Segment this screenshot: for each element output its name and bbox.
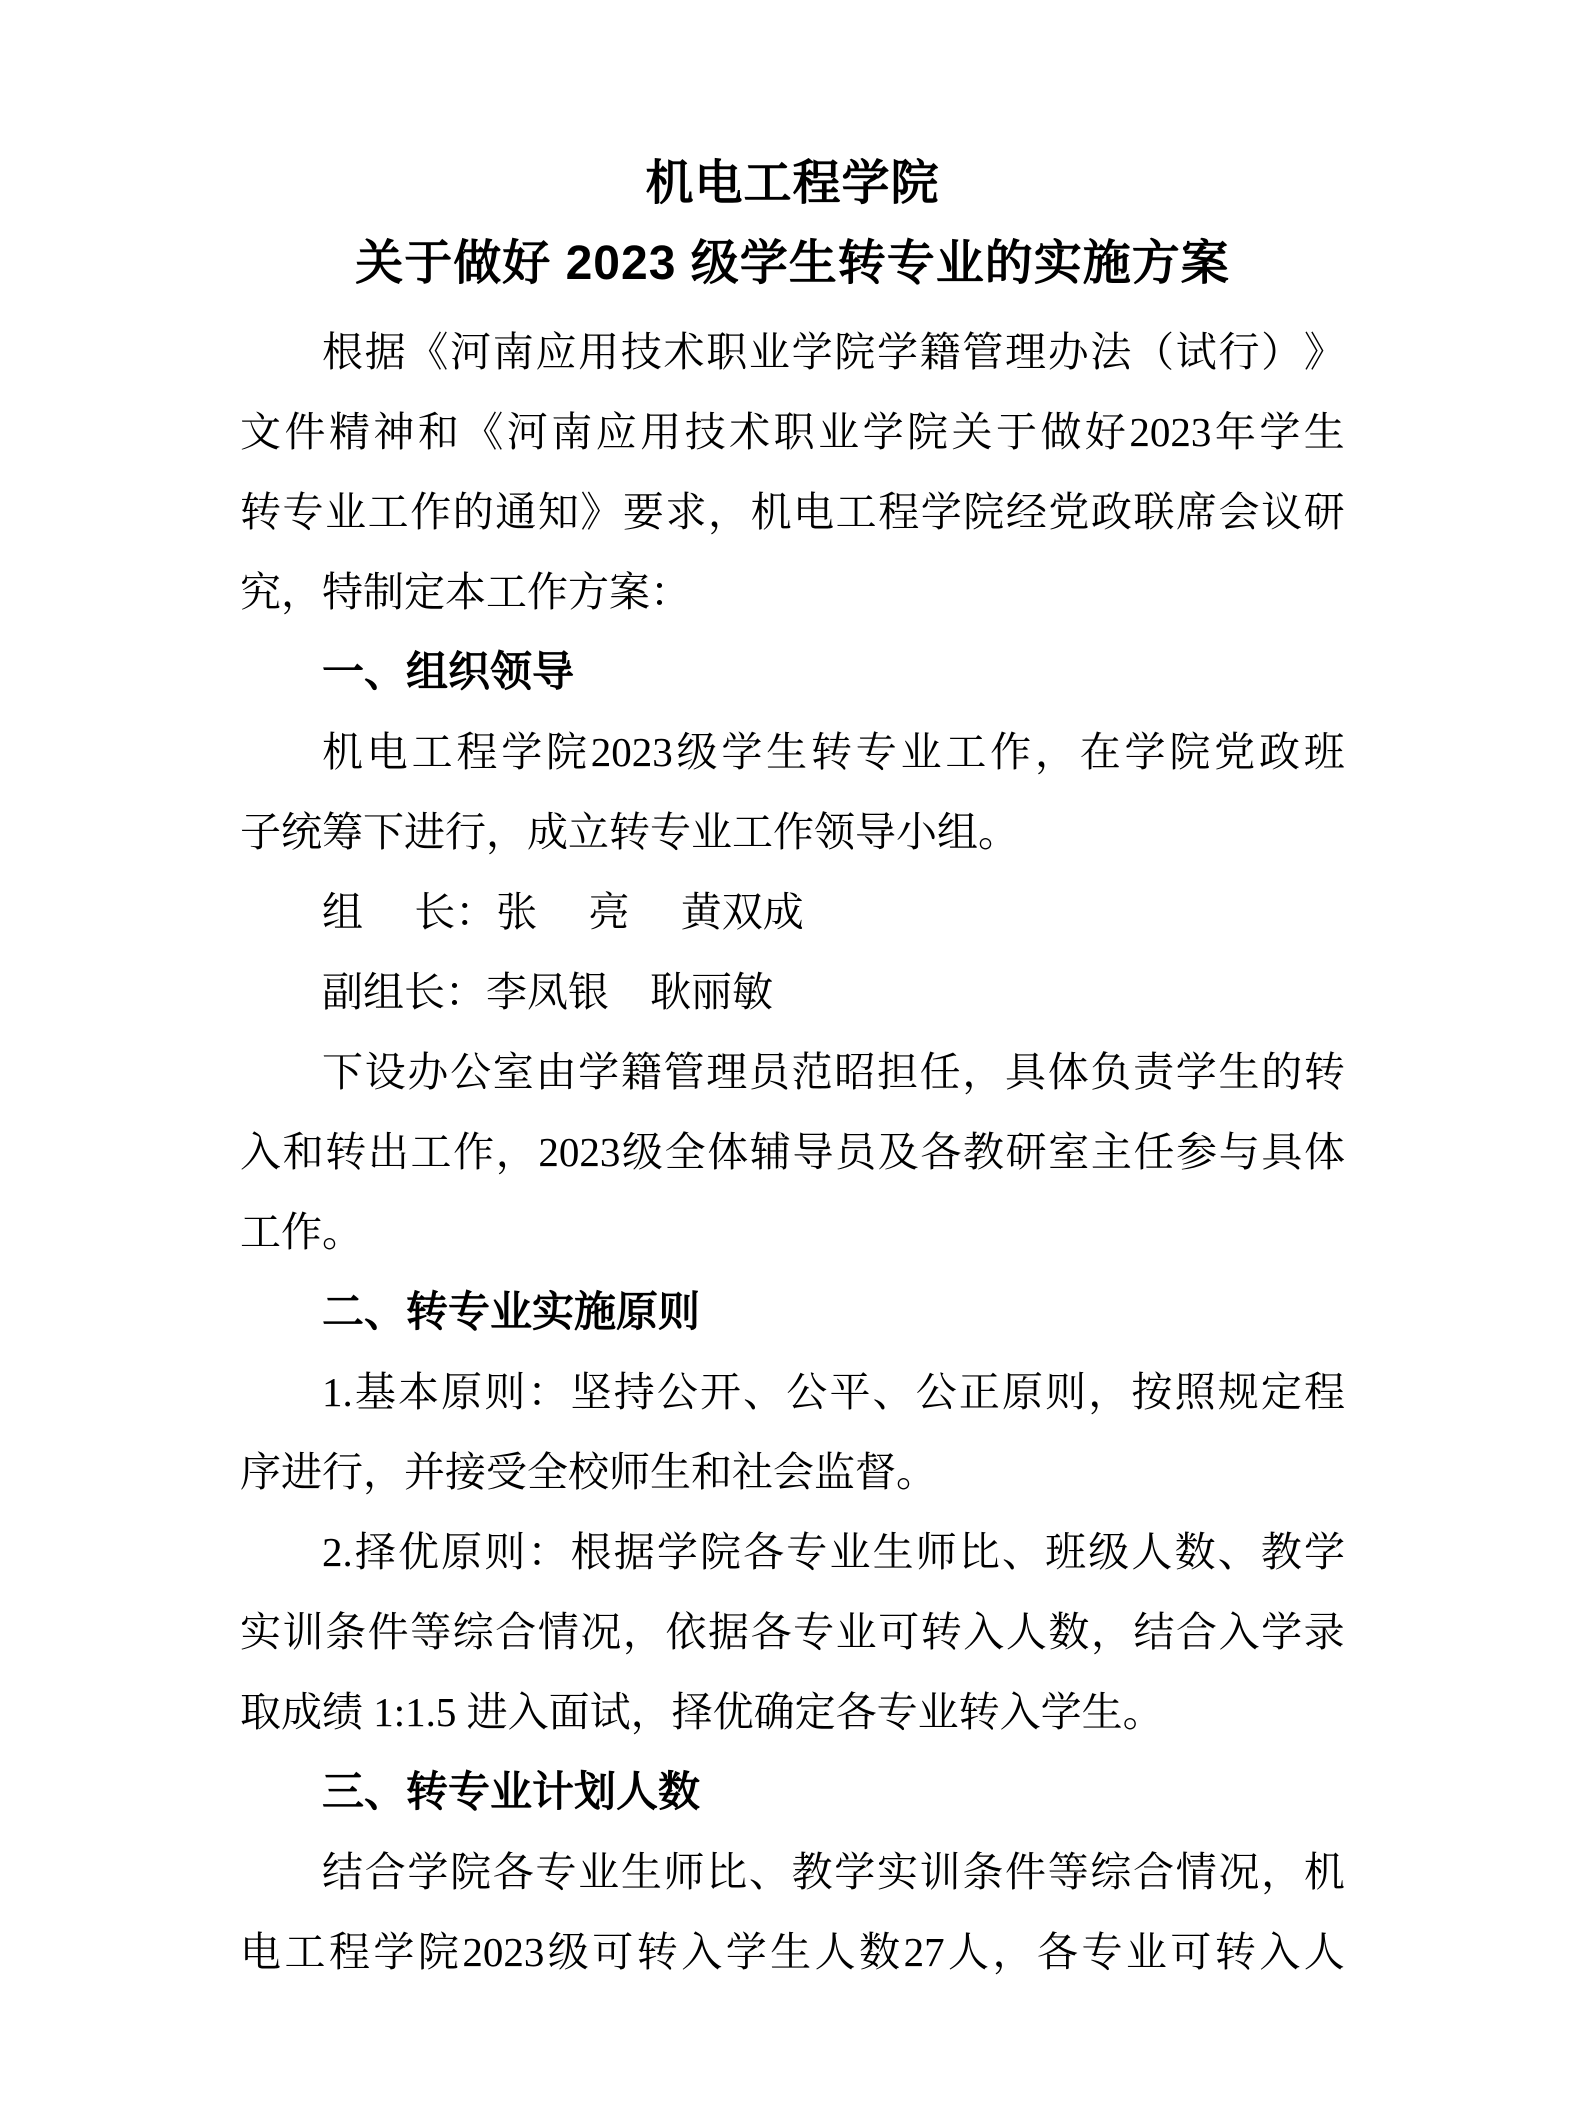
text-token: 学 xyxy=(1125,712,1166,792)
text-token: 席 xyxy=(1176,472,1217,552)
text-token: 主 xyxy=(1091,1112,1132,1192)
text-token: 会 xyxy=(1219,472,1260,552)
text-token: 比 xyxy=(706,1832,747,1912)
text-token: 工 xyxy=(412,712,453,792)
text-token: 各 xyxy=(493,1832,534,1912)
text-token: 27 xyxy=(904,1912,945,1992)
text-token: 入 xyxy=(240,1112,281,1192)
text-token: 通 xyxy=(495,472,536,552)
text-token: 情 xyxy=(538,1592,579,1672)
text-token: 况 xyxy=(580,1592,621,1672)
text-token: 2023 xyxy=(462,1912,544,1992)
text-token: 转 xyxy=(325,1112,366,1192)
paragraph-line: 机电工程学院2023级学生转专业工作，在学院党政班 xyxy=(240,712,1345,792)
text-token: 和 xyxy=(283,1112,324,1192)
text-token: 各 xyxy=(743,1512,784,1592)
text-token: 人 xyxy=(815,1912,856,1992)
document-title: 机电工程学院 xyxy=(240,144,1345,224)
text-token: 业 xyxy=(578,1832,619,1912)
text-token: 学 xyxy=(726,1912,767,1992)
text-token: 技 xyxy=(621,312,662,392)
text-token: 年 xyxy=(1215,392,1256,472)
text-token: 学 xyxy=(657,1512,698,1592)
text-token: ） xyxy=(1261,312,1302,392)
text-token: 具 xyxy=(1261,1112,1302,1192)
text-token: 知 xyxy=(538,472,579,552)
text-token: 神 xyxy=(373,392,414,472)
text-token: 专 xyxy=(535,1832,576,1912)
text-token: 理 xyxy=(706,1032,747,1112)
paragraph-line: 下设办公室由学籍管理员范昭担任，具体负责学生的转 xyxy=(240,1032,1345,1112)
text-token: 室 xyxy=(1048,1112,1089,1192)
text-token: 术 xyxy=(664,312,705,392)
text-token: 合 xyxy=(365,1832,406,1912)
text-token: 做 xyxy=(1040,392,1081,472)
text-token: 机 xyxy=(322,712,363,792)
text-token: 和 xyxy=(418,392,459,472)
text-token: 学 xyxy=(792,312,833,392)
text-token: ， xyxy=(1035,712,1076,792)
text-token: 任 xyxy=(1134,1112,1175,1192)
text-token: 转 xyxy=(1215,1912,1256,1992)
text-token: 作 xyxy=(990,712,1031,792)
text-token: 坚 xyxy=(571,1352,612,1432)
text-token: 用 xyxy=(640,392,681,472)
paragraph-line: 组 长：张 亮 黄双成 xyxy=(240,872,1345,952)
text-token: 原 xyxy=(441,1352,482,1432)
text-token: 班 xyxy=(1304,712,1345,792)
text-token: 术 xyxy=(729,392,770,472)
text-token: 院 xyxy=(1169,712,1210,792)
text-token: 2. xyxy=(322,1512,353,1592)
text-token: 求 xyxy=(665,472,706,552)
paragraph-line: 副组长：李凤银 耿丽敏 xyxy=(240,952,1345,1032)
text-token: 职 xyxy=(706,312,747,392)
text-token: 院 xyxy=(450,1832,491,1912)
paragraph-line: 工作。 xyxy=(240,1192,1345,1272)
text-token: 作 xyxy=(453,1112,494,1192)
text-token: 《 xyxy=(462,392,503,472)
text-token: 业 xyxy=(818,392,859,472)
text-token: 设 xyxy=(365,1032,406,1112)
text-token: 参 xyxy=(1176,1112,1217,1192)
text-token: 管 xyxy=(664,1032,705,1112)
text-token: 电 xyxy=(240,1912,281,1992)
text-token: 入 xyxy=(1219,1592,1260,1672)
text-token: 辅 xyxy=(750,1112,791,1192)
text-token: 学 xyxy=(373,1912,414,1992)
document-page: 机电工程学院 关于做好 2023 级学生转专业的实施方案 根据《河南应用技术职业… xyxy=(0,0,1587,2117)
text-token: 》 xyxy=(580,472,621,552)
text-token: 关 xyxy=(952,392,993,472)
text-token: 应 xyxy=(535,312,576,392)
text-token: ， xyxy=(496,1112,537,1192)
text-token: 研 xyxy=(1304,472,1345,552)
text-token: 结 xyxy=(322,1832,363,1912)
text-token: 结 xyxy=(1133,1592,1174,1672)
text-token: 基 xyxy=(355,1352,396,1432)
text-token: 党 xyxy=(1214,712,1255,792)
text-token: 、 xyxy=(1002,1512,1043,1592)
section-heading: 一、组织领导 xyxy=(240,632,1345,712)
text-token: 则 xyxy=(484,1512,525,1592)
text-token: 综 xyxy=(453,1592,494,1672)
text-token: 依 xyxy=(665,1592,706,1672)
text-token: 级 xyxy=(1088,1512,1129,1592)
text-token: 等 xyxy=(410,1592,451,1672)
text-token: 室 xyxy=(493,1032,534,1112)
text-token: 生 xyxy=(873,1512,914,1592)
paragraph-line: 根据《河南应用技术职业学院学籍管理办法（试行）》 xyxy=(240,312,1345,392)
text-token: 平 xyxy=(829,1352,870,1432)
text-token: 文 xyxy=(240,392,281,472)
text-token: 河 xyxy=(507,392,548,472)
paragraph-line: 序进行，并接受全校师生和社会监督。 xyxy=(240,1432,1345,1512)
text-token: 人 xyxy=(948,1912,989,1992)
text-token: 可 xyxy=(592,1912,633,1992)
text-token: 院 xyxy=(834,312,875,392)
text-token: 程 xyxy=(878,472,919,552)
text-token: 2023 xyxy=(1129,392,1211,472)
text-token: 规 xyxy=(1218,1352,1259,1432)
text-token: 条 xyxy=(325,1592,366,1672)
text-token: 可 xyxy=(1170,1912,1211,1992)
text-token: 各 xyxy=(920,1112,961,1192)
text-token: 范 xyxy=(792,1032,833,1112)
text-token: 体 xyxy=(707,1112,748,1192)
text-token: 、 xyxy=(743,1352,784,1432)
text-token: 件 xyxy=(368,1592,409,1672)
text-token: 、 xyxy=(1218,1512,1259,1592)
text-token: 公 xyxy=(450,1032,491,1112)
text-token: 政 xyxy=(1259,712,1300,792)
text-token: 件 xyxy=(284,392,325,472)
text-token: （ xyxy=(1133,312,1174,392)
text-token: 职 xyxy=(774,392,815,472)
text-token: 程 xyxy=(329,1912,370,1992)
text-token: 录 xyxy=(1304,1592,1345,1672)
text-token: 河 xyxy=(450,312,491,392)
text-token: 条 xyxy=(962,1832,1003,1912)
paragraph-line: 电工程学院2023级可转入学生人数27人，各专业可转入人 xyxy=(240,1912,1345,1992)
text-token: 业 xyxy=(836,1592,877,1672)
paragraph-line: 实训条件等综合情况，依据各专业可转入人数，结合入学录 xyxy=(240,1592,1345,1672)
text-token: 数 xyxy=(1175,1512,1216,1592)
text-token: 数 xyxy=(1048,1592,1089,1672)
text-token: 本 xyxy=(398,1352,439,1432)
text-token: 2023 xyxy=(591,712,673,792)
text-token: 转 xyxy=(921,1592,962,1672)
text-token: 根 xyxy=(571,1512,612,1592)
text-token: 教 xyxy=(792,1832,833,1912)
text-token: 生 xyxy=(766,712,807,792)
text-token: 开 xyxy=(700,1352,741,1432)
text-token: 情 xyxy=(1176,1832,1217,1912)
text-token: 生 xyxy=(1218,1032,1259,1112)
text-token: ， xyxy=(708,472,749,552)
text-token: 转 xyxy=(1304,1032,1345,1112)
section-heading: 二、转专业实施原则 xyxy=(240,1272,1345,1352)
text-token: 员 xyxy=(749,1032,790,1112)
text-token: 实 xyxy=(877,1832,918,1912)
text-token: 籍 xyxy=(920,312,961,392)
text-token: 法 xyxy=(1090,312,1131,392)
text-token: 技 xyxy=(685,392,726,472)
text-token: ， xyxy=(623,1592,664,1672)
text-token: 据 xyxy=(614,1512,655,1592)
text-token: 政 xyxy=(1091,472,1132,552)
text-token: 体 xyxy=(1304,1112,1345,1192)
text-token: 班 xyxy=(1045,1512,1086,1592)
text-token: 综 xyxy=(1090,1832,1131,1912)
text-token: 人 xyxy=(1131,1512,1172,1592)
text-token: 等 xyxy=(1048,1832,1089,1912)
text-token: 照 xyxy=(1175,1352,1216,1432)
text-token: 电 xyxy=(367,712,408,792)
paragraph-line: 文件精神和《河南应用技术职业学院关于做好2023年学生 xyxy=(240,392,1345,472)
text-token: 院 xyxy=(963,472,1004,552)
text-token: 教 xyxy=(1261,1512,1302,1592)
text-token: 负 xyxy=(1090,1032,1131,1112)
text-token: 学 xyxy=(1259,392,1300,472)
text-token: 业 xyxy=(829,1512,870,1592)
text-token: 专 xyxy=(1081,1912,1122,1992)
text-token: ： xyxy=(527,1352,568,1432)
text-token: 择 xyxy=(355,1512,396,1592)
text-token: 用 xyxy=(578,312,619,392)
text-token: 师 xyxy=(916,1512,957,1592)
text-token: 下 xyxy=(322,1032,363,1112)
text-token: 议 xyxy=(1261,472,1302,552)
text-token: 级 xyxy=(677,712,718,792)
text-token: 》 xyxy=(1304,312,1345,392)
text-token: 、 xyxy=(873,1352,914,1432)
text-token: 学 xyxy=(834,1832,875,1912)
text-token: 学 xyxy=(1304,1512,1345,1592)
text-token: 办 xyxy=(407,1032,448,1112)
text-token: 据 xyxy=(708,1592,749,1672)
text-token: 程 xyxy=(456,712,497,792)
text-token: 工 xyxy=(284,1912,325,1992)
text-token: 合 xyxy=(1176,1592,1217,1672)
text-token: 的 xyxy=(1261,1032,1302,1112)
text-token: 工 xyxy=(945,712,986,792)
text-token: 合 xyxy=(1133,1832,1174,1912)
text-token: 与 xyxy=(1219,1112,1260,1192)
text-token: 业 xyxy=(325,472,366,552)
text-token: 况 xyxy=(1218,1832,1259,1912)
text-token: 专 xyxy=(786,1512,827,1592)
paragraph-line: 1.基本原则：坚持公开、公平、公正原则，按照规定程 xyxy=(240,1352,1345,1432)
text-token: 行 xyxy=(1218,312,1259,392)
text-token: 合 xyxy=(495,1592,536,1672)
text-token: 学 xyxy=(921,472,962,552)
text-token: 据 xyxy=(365,312,406,392)
text-token: 及 xyxy=(878,1112,919,1192)
text-token: 转 xyxy=(811,712,852,792)
paragraph-line: 入和转出工作，2023级全体辅导员及各教研室主任参与具体 xyxy=(240,1112,1345,1192)
text-token: 工 xyxy=(411,1112,452,1192)
text-token: 学 xyxy=(1261,1592,1302,1672)
text-token: 机 xyxy=(1304,1832,1345,1912)
text-token: 公 xyxy=(916,1352,957,1432)
text-token: 按 xyxy=(1131,1352,1172,1432)
document-subtitle: 关于做好 2023 级学生转专业的实施方案 xyxy=(240,224,1345,304)
text-token: 定 xyxy=(1261,1352,1302,1432)
text-token: 入 xyxy=(681,1912,722,1992)
text-token: 师 xyxy=(664,1832,705,1912)
text-token: 训 xyxy=(920,1832,961,1912)
text-token: 机 xyxy=(751,472,792,552)
text-token: 训 xyxy=(283,1592,324,1672)
text-token: 学 xyxy=(407,1832,448,1912)
paragraph-line: 取成绩 1:1.5 进入面试，择优确定各专业转入学生。 xyxy=(240,1672,1345,1752)
text-token: 好 xyxy=(1085,392,1126,472)
text-token: 级 xyxy=(622,1112,663,1192)
text-token: 教 xyxy=(963,1112,1004,1192)
text-token: ， xyxy=(962,1032,1003,1112)
text-token: 可 xyxy=(878,1592,919,1672)
paragraph-line: 2.择优原则：根据学院各专业生师比、班级人数、教学 xyxy=(240,1512,1345,1592)
text-token: 学 xyxy=(578,1032,619,1112)
text-token: 要 xyxy=(623,472,664,552)
text-token: 党 xyxy=(1048,472,1089,552)
text-token: 业 xyxy=(1126,1912,1167,1992)
text-token: 学 xyxy=(721,712,762,792)
text-token: ， xyxy=(993,1912,1034,1992)
text-token: 业 xyxy=(749,312,790,392)
text-token: 、 xyxy=(749,1832,790,1912)
text-token: 导 xyxy=(793,1112,834,1192)
text-token: 业 xyxy=(901,712,942,792)
paragraph-line: 转专业工作的通知》要求，机电工程学院经党政联席会议研 xyxy=(240,472,1345,552)
text-token: 公 xyxy=(786,1352,827,1432)
text-token: 人 xyxy=(1304,1912,1345,1992)
text-token: 的 xyxy=(453,472,494,552)
text-token: 南 xyxy=(493,312,534,392)
text-token: ， xyxy=(1261,1832,1302,1912)
text-token: 研 xyxy=(1006,1112,1047,1192)
text-token: 体 xyxy=(1048,1032,1089,1112)
text-token: 1. xyxy=(322,1352,353,1432)
text-token: 昭 xyxy=(834,1032,875,1112)
text-token: 则 xyxy=(1045,1352,1086,1432)
text-token: 生 xyxy=(770,1912,811,1992)
text-token: 正 xyxy=(959,1352,1000,1432)
text-token: 比 xyxy=(959,1512,1000,1592)
text-token: 公 xyxy=(657,1352,698,1432)
paragraph-line: 结合学院各专业生师比、教学实训条件等综合情况，机 xyxy=(240,1832,1345,1912)
text-token: 2023 xyxy=(538,1112,620,1192)
text-token: 根 xyxy=(322,312,363,392)
text-token: 试 xyxy=(1176,312,1217,392)
text-token: 转 xyxy=(637,1912,678,1992)
text-token: 在 xyxy=(1080,712,1121,792)
text-token: 作 xyxy=(410,472,451,552)
text-token: 学 xyxy=(877,312,918,392)
paragraph-line: 子统筹下进行，成立转专业工作领导小组。 xyxy=(240,792,1345,872)
text-token: 院 xyxy=(700,1512,741,1592)
text-token: 专 xyxy=(793,1592,834,1672)
text-token: ， xyxy=(1088,1352,1129,1432)
text-token: 转 xyxy=(240,472,281,552)
text-token: 专 xyxy=(856,712,897,792)
document-body: 根据《河南应用技术职业学院学籍管理办法（试行）》文件精神和《河南应用技术职业学院… xyxy=(240,312,1345,1992)
text-token: 于 xyxy=(996,392,1037,472)
text-token: 级 xyxy=(548,1912,589,1992)
section-heading: 三、转专业计划人数 xyxy=(240,1752,1345,1832)
text-token: 办 xyxy=(1048,312,1089,392)
text-token: 经 xyxy=(1006,472,1047,552)
text-token: 院 xyxy=(418,1912,459,1992)
text-token: 原 xyxy=(1002,1352,1043,1432)
text-token: 全 xyxy=(665,1112,706,1192)
text-token: 电 xyxy=(793,472,834,552)
text-token: 人 xyxy=(1006,1592,1047,1672)
text-token: 入 xyxy=(1259,1912,1300,1992)
text-token: 应 xyxy=(596,392,637,472)
text-token: 具 xyxy=(1005,1032,1046,1112)
text-token: 持 xyxy=(614,1352,655,1432)
text-token: 学 xyxy=(501,712,542,792)
text-token: 优 xyxy=(398,1512,439,1592)
text-token: 《 xyxy=(407,312,448,392)
text-token: 原 xyxy=(441,1512,482,1592)
text-token: ： xyxy=(527,1512,568,1592)
text-token: 工 xyxy=(368,472,409,552)
text-token: 生 xyxy=(621,1832,662,1912)
text-token: 专 xyxy=(283,472,324,552)
text-token: 任 xyxy=(920,1032,961,1112)
text-token: 各 xyxy=(751,1592,792,1672)
text-token: 由 xyxy=(535,1032,576,1112)
text-token: 籍 xyxy=(621,1032,662,1112)
text-token: 实 xyxy=(240,1592,281,1672)
text-token: 学 xyxy=(863,392,904,472)
text-token: 则 xyxy=(484,1352,525,1432)
text-token: 学 xyxy=(1176,1032,1217,1112)
text-token: 院 xyxy=(546,712,587,792)
text-token: 理 xyxy=(1005,312,1046,392)
text-token: 员 xyxy=(835,1112,876,1192)
text-token: 各 xyxy=(1037,1912,1078,1992)
text-token: 联 xyxy=(1133,472,1174,552)
text-token: 件 xyxy=(1005,1832,1046,1912)
text-token: 南 xyxy=(551,392,592,472)
text-token: 责 xyxy=(1133,1032,1174,1112)
text-token: ， xyxy=(1091,1592,1132,1672)
text-token: 出 xyxy=(368,1112,409,1192)
text-token: 数 xyxy=(859,1912,900,1992)
text-token: 管 xyxy=(962,312,1003,392)
text-token: 精 xyxy=(329,392,370,472)
text-token: 院 xyxy=(907,392,948,472)
paragraph-line: 究，特制定本工作方案： xyxy=(240,552,1345,632)
text-token: 担 xyxy=(877,1032,918,1112)
text-token: 入 xyxy=(963,1592,1004,1672)
text-token: 生 xyxy=(1304,392,1345,472)
text-token: 工 xyxy=(836,472,877,552)
text-token: 程 xyxy=(1304,1352,1345,1432)
